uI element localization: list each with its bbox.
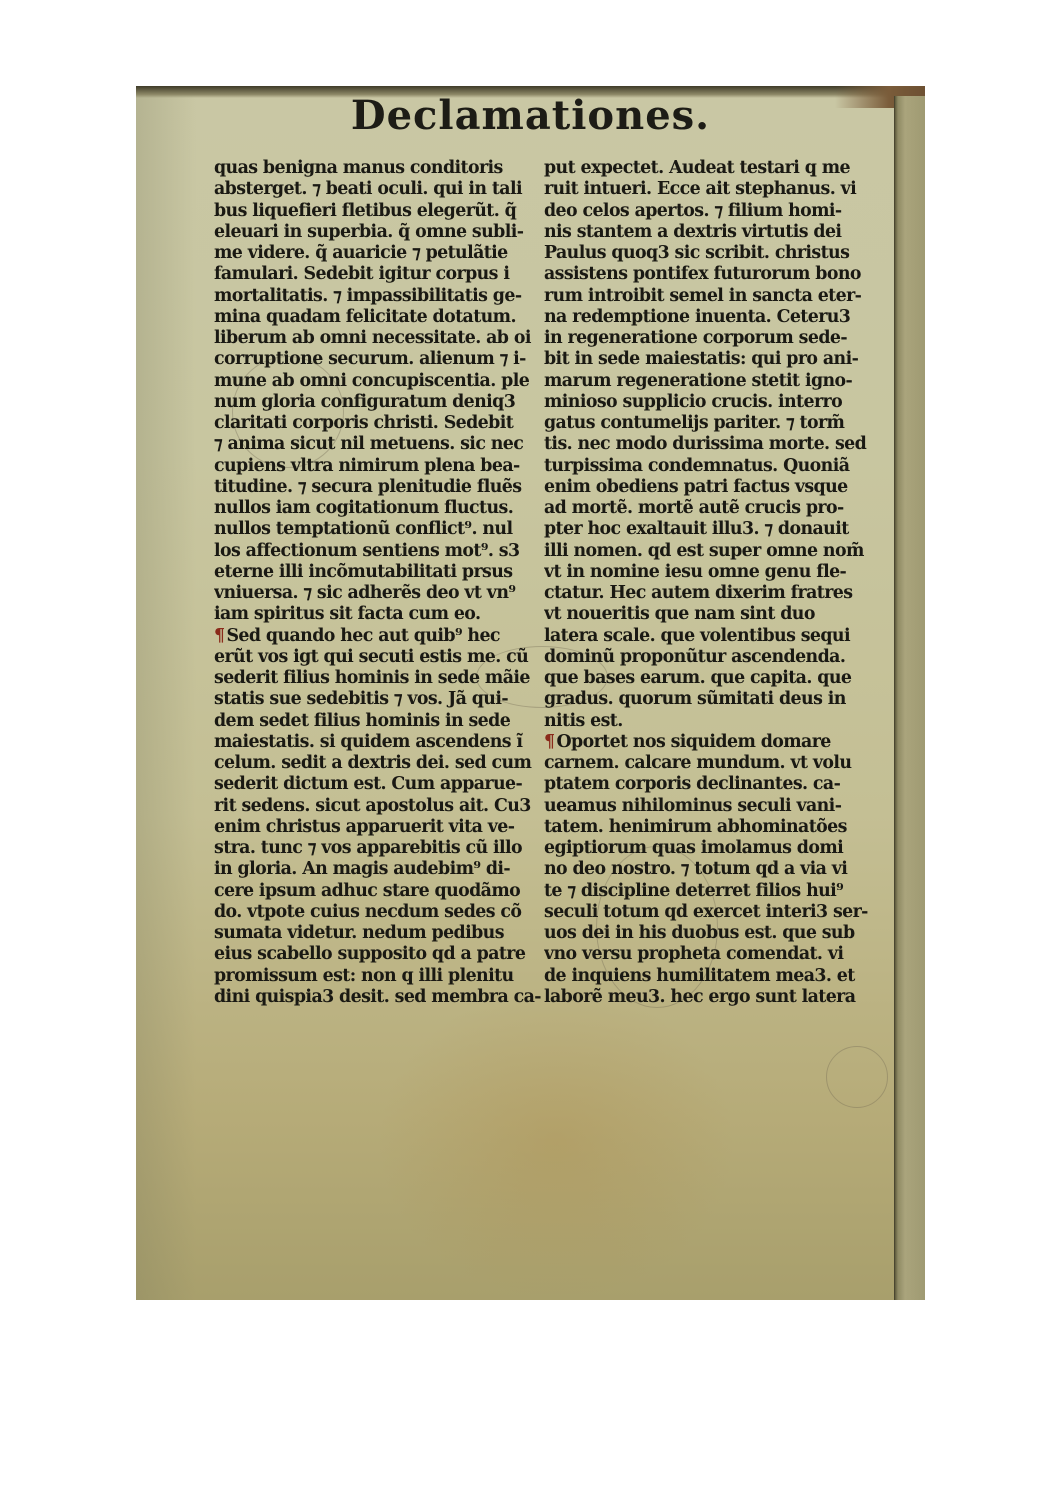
text-line: liberum ab omni necessitate. ab oi bbox=[214, 328, 544, 349]
line-text: mortalitatis. ⁊ impassibilitatis ge- bbox=[214, 286, 521, 306]
line-text: deo celos apertos. ⁊ filium homi- bbox=[544, 201, 842, 221]
page-shadow bbox=[136, 86, 196, 1300]
line-text: rit sedens. sicut apostolus ait. Cu3 bbox=[214, 796, 531, 816]
line-text: tis. nec modo durissima morte. sed bbox=[544, 434, 866, 454]
line-text: dini quispia3 desit. sed membra ca- bbox=[214, 987, 541, 1007]
line-text: erũt vos igt qui secuti estis me. cũ bbox=[214, 647, 528, 667]
text-line: pter hoc exaltauit illu3. ⁊ donauit bbox=[544, 519, 874, 540]
line-text: nullos temptationũ conflict⁹. nul bbox=[214, 519, 512, 539]
text-line: eius scabello supposito qd a patre bbox=[214, 944, 544, 965]
line-text: no deo nostro. ⁊ totum qd a via vi bbox=[544, 859, 847, 879]
line-text: statis sue sedebitis ⁊ vos. Jã qui- bbox=[214, 689, 508, 709]
text-line: ruit intueri. Ecce ait stephanus. vi bbox=[544, 179, 874, 200]
text-column-left: quas benigna manus conditorisabsterget. … bbox=[214, 158, 544, 1008]
line-text: seculi totum qd exercet interi3 ser- bbox=[544, 902, 868, 922]
text-line: bus liquefieri fletibus elegerũt. q̃ bbox=[214, 201, 544, 222]
line-text: vniuersa. ⁊ sic adherẽs deo vt vn⁹ bbox=[214, 583, 515, 603]
text-line: gatus contumelijs pariter. ⁊ torm̃ bbox=[544, 413, 874, 434]
text-line: bit in sede maiestatis: qui pro ani- bbox=[544, 349, 874, 370]
text-line: minioso supplicio crucis. interro bbox=[544, 392, 874, 413]
text-line: turpissima condemnatus. Quoniã bbox=[544, 456, 874, 477]
line-text: Oportet nos siquidem domare bbox=[556, 732, 830, 752]
text-line: vt noueritis que nam sint duo bbox=[544, 604, 874, 625]
line-text: tatem. henimirum abhominatões bbox=[544, 817, 847, 837]
text-line: tis. nec modo durissima morte. sed bbox=[544, 434, 874, 455]
paragraph-mark-icon: ¶ bbox=[214, 626, 224, 646]
text-line: gradus. quorum sũmitati deus in bbox=[544, 689, 874, 710]
line-text: latera scale. que volentibus sequi bbox=[544, 626, 850, 646]
line-text: me videre. q̃ auaricie ⁊ petulãtie bbox=[214, 243, 508, 263]
line-text: cupiens vltra nimirum plena bea- bbox=[214, 456, 520, 476]
line-text: corruptione securum. alienum ⁊ i- bbox=[214, 349, 526, 369]
line-text: ctatur. Hec autem dixerim fratres bbox=[544, 583, 852, 603]
text-line: famulari. Sedebit igitur corpus i bbox=[214, 264, 544, 285]
text-line: iam spiritus sit facta cum eo. bbox=[214, 604, 544, 625]
line-text: illi nomen. qd est super omne nom̃ bbox=[544, 541, 864, 561]
line-text: nis stantem a dextris virtutis dei bbox=[544, 222, 841, 242]
text-line: que bases earum. que capita. que bbox=[544, 668, 874, 689]
text-line: carnem. calcare mundum. vt volu bbox=[544, 753, 874, 774]
text-line: na redemptione inuenta. Ceteru3 bbox=[544, 307, 874, 328]
text-line: cere ipsum adhuc stare quodãmo bbox=[214, 881, 544, 902]
line-text: que bases earum. que capita. que bbox=[544, 668, 851, 688]
text-line: nullos iam cogitationum fluctus. bbox=[214, 498, 544, 519]
scanned-page: Declamationes. quas benigna manus condit… bbox=[136, 86, 925, 1300]
line-text: maiestatis. si quidem ascendens ĩ bbox=[214, 732, 522, 752]
stamp-trace bbox=[826, 1046, 888, 1108]
line-text: do. vtpote cuius necdum sedes cõ bbox=[214, 902, 521, 922]
text-line: ¶Sed quando hec aut quib⁹ hec bbox=[214, 626, 544, 647]
text-line: celum. sedit a dextris dei. sed cum bbox=[214, 753, 544, 774]
text-line: corruptione securum. alienum ⁊ i- bbox=[214, 349, 544, 370]
text-line: ctatur. Hec autem dixerim fratres bbox=[544, 583, 874, 604]
line-text: celum. sedit a dextris dei. sed cum bbox=[214, 753, 531, 773]
text-line: stra. tunc ⁊ vos apparebitis cũ illo bbox=[214, 838, 544, 859]
text-line: sederit dictum est. Cum apparue- bbox=[214, 774, 544, 795]
text-line: eterne illi incõmutabilitati prsus bbox=[214, 562, 544, 583]
text-line: me videre. q̃ auaricie ⁊ petulãtie bbox=[214, 243, 544, 264]
line-text: quas benigna manus conditoris bbox=[214, 158, 503, 178]
line-text: ruit intueri. Ecce ait stephanus. vi bbox=[544, 179, 856, 199]
line-text: bit in sede maiestatis: qui pro ani- bbox=[544, 349, 858, 369]
text-line: illi nomen. qd est super omne nom̃ bbox=[544, 541, 874, 562]
text-line: sumata videtur. nedum pedibus bbox=[214, 923, 544, 944]
line-text: turpissima condemnatus. Quoniã bbox=[544, 456, 849, 476]
text-line: enim obediens patri factus vsque bbox=[544, 477, 874, 498]
text-line: dem sedet filius hominis in sede bbox=[214, 711, 544, 732]
line-text: los affectionum sentiens mot⁹. s3 bbox=[214, 541, 519, 561]
text-line: ¶Oportet nos siquidem domare bbox=[544, 732, 874, 753]
line-text: eius scabello supposito qd a patre bbox=[214, 944, 525, 964]
line-text: ptatem corporis declinantes. ca- bbox=[544, 774, 840, 794]
paragraph-mark-icon: ¶ bbox=[544, 732, 554, 752]
text-line: assistens pontifex futurorum bono bbox=[544, 264, 874, 285]
text-line: absterget. ⁊ beati oculi. qui in tali bbox=[214, 179, 544, 200]
line-text: rum introibit semel in sancta eter- bbox=[544, 286, 861, 306]
line-text: enim obediens patri factus vsque bbox=[544, 477, 848, 497]
line-text: bus liquefieri fletibus elegerũt. q̃ bbox=[214, 201, 516, 221]
text-line: put expectet. Audeat testari q̧ me bbox=[544, 158, 874, 179]
text-line: erũt vos igt qui secuti estis me. cũ bbox=[214, 647, 544, 668]
text-line: eleuari in superbia. q̃ omne subli- bbox=[214, 222, 544, 243]
text-line: mortalitatis. ⁊ impassibilitatis ge- bbox=[214, 286, 544, 307]
text-line: cupiens vltra nimirum plena bea- bbox=[214, 456, 544, 477]
text-line: titudine. ⁊ secura plenitudie fluẽs bbox=[214, 477, 544, 498]
text-line: quas benigna manus conditoris bbox=[214, 158, 544, 179]
page-gutter bbox=[894, 96, 925, 1300]
line-text: ad mortẽ. mortẽ autẽ crucis pro- bbox=[544, 498, 844, 518]
page-stain bbox=[376, 986, 736, 1300]
running-head: Declamationes. bbox=[136, 92, 925, 139]
text-line: uos dei in his duobus est. que sub bbox=[544, 923, 874, 944]
text-line: statis sue sedebitis ⁊ vos. Jã qui- bbox=[214, 689, 544, 710]
text-line: Paulus quoq3 sic scribit. christus bbox=[544, 243, 874, 264]
line-text: mina quadam felicitate dotatum. bbox=[214, 307, 516, 327]
text-line: los affectionum sentiens mot⁹. s3 bbox=[214, 541, 544, 562]
text-line: maiestatis. si quidem ascendens ĩ bbox=[214, 732, 544, 753]
line-text: dominũ proponũtur ascendenda. bbox=[544, 647, 845, 667]
line-text: vt in nomine iesu omne genu fle- bbox=[544, 562, 846, 582]
line-text: enim christus apparuerit vita ve- bbox=[214, 817, 514, 837]
line-text: stra. tunc ⁊ vos apparebitis cũ illo bbox=[214, 838, 522, 858]
line-text: put expectet. Audeat testari q̧ me bbox=[544, 158, 850, 178]
text-column-right: put expectet. Audeat testari q̧ meruit i… bbox=[544, 158, 874, 1008]
line-text: in gloria. An magis audebim⁹ di- bbox=[214, 859, 510, 879]
text-line: vt in nomine iesu omne genu fle- bbox=[544, 562, 874, 583]
line-text: gradus. quorum sũmitati deus in bbox=[544, 689, 846, 709]
text-line: nullos temptationũ conflict⁹. nul bbox=[214, 519, 544, 540]
text-line: no deo nostro. ⁊ totum qd a via vi bbox=[544, 859, 874, 880]
line-text: nullos iam cogitationum fluctus. bbox=[214, 498, 513, 518]
text-line: ptatem corporis declinantes. ca- bbox=[544, 774, 874, 795]
text-line: te ⁊ discipline deterret filios hui⁹ bbox=[544, 881, 874, 902]
line-text: Sed quando hec aut quib⁹ hec bbox=[226, 626, 499, 646]
text-line: ad mortẽ. mortẽ autẽ crucis pro- bbox=[544, 498, 874, 519]
line-text: in regeneratione corporum sede- bbox=[544, 328, 847, 348]
line-text: gatus contumelijs pariter. ⁊ torm̃ bbox=[544, 413, 844, 433]
text-line: ⁊ anima sicut nil metuens. sic nec bbox=[214, 434, 544, 455]
text-line: vno versu propheta comendat. vi bbox=[544, 944, 874, 965]
text-line: deo celos apertos. ⁊ filium homi- bbox=[544, 201, 874, 222]
text-line: rit sedens. sicut apostolus ait. Cu3 bbox=[214, 796, 544, 817]
text-line: laborẽ meu3. hec ergo sunt latera bbox=[544, 987, 874, 1008]
line-text: assistens pontifex futurorum bono bbox=[544, 264, 861, 284]
line-text: te ⁊ discipline deterret filios hui⁹ bbox=[544, 881, 843, 901]
text-line: do. vtpote cuius necdum sedes cõ bbox=[214, 902, 544, 923]
line-text: eterne illi incõmutabilitati prsus bbox=[214, 562, 512, 582]
line-text: famulari. Sedebit igitur corpus i bbox=[214, 264, 509, 284]
text-line: ueamus nihilominus seculi vani- bbox=[544, 796, 874, 817]
text-line: rum introibit semel in sancta eter- bbox=[544, 286, 874, 307]
text-line: in regeneratione corporum sede- bbox=[544, 328, 874, 349]
line-text: sumata videtur. nedum pedibus bbox=[214, 923, 504, 943]
line-text: titudine. ⁊ secura plenitudie fluẽs bbox=[214, 477, 521, 497]
line-text: nitis est. bbox=[544, 711, 623, 731]
text-line: mune ab omni concupiscentia. ple bbox=[214, 371, 544, 392]
line-text: cere ipsum adhuc stare quodãmo bbox=[214, 881, 520, 901]
line-text: de inquiens humilitatem mea3. et bbox=[544, 966, 855, 986]
line-text: minioso supplicio crucis. interro bbox=[544, 392, 842, 412]
text-line: marum regeneratione stetit igno- bbox=[544, 371, 874, 392]
line-text: dem sedet filius hominis in sede bbox=[214, 711, 510, 731]
line-text: eleuari in superbia. q̃ omne subli- bbox=[214, 222, 523, 242]
line-text: ueamus nihilominus seculi vani- bbox=[544, 796, 841, 816]
text-line: de inquiens humilitatem mea3. et bbox=[544, 966, 874, 987]
line-text: pter hoc exaltauit illu3. ⁊ donauit bbox=[544, 519, 849, 539]
line-text: vno versu propheta comendat. vi bbox=[544, 944, 843, 964]
text-line: dini quispia3 desit. sed membra ca- bbox=[214, 987, 544, 1008]
line-text: carnem. calcare mundum. vt volu bbox=[544, 753, 851, 773]
text-line: vniuersa. ⁊ sic adherẽs deo vt vn⁹ bbox=[214, 583, 544, 604]
text-line: latera scale. que volentibus sequi bbox=[544, 626, 874, 647]
line-text: sederit dictum est. Cum apparue- bbox=[214, 774, 522, 794]
text-line: enim christus apparuerit vita ve- bbox=[214, 817, 544, 838]
line-text: egiptiorum quas imolamus domi bbox=[544, 838, 843, 858]
line-text: vt noueritis que nam sint duo bbox=[544, 604, 815, 624]
line-text: num gloria configuratum deniq3 bbox=[214, 392, 515, 412]
line-text: claritati corporis christi. Sedebit bbox=[214, 413, 513, 433]
line-text: mune ab omni concupiscentia. ple bbox=[214, 371, 529, 391]
line-text: Paulus quoq3 sic scribit. christus bbox=[544, 243, 849, 263]
line-text: liberum ab omni necessitate. ab oi bbox=[214, 328, 531, 348]
text-line: promissum est: non q̧ illi plenitu bbox=[214, 966, 544, 987]
line-text: na redemptione inuenta. Ceteru3 bbox=[544, 307, 850, 327]
text-line: nis stantem a dextris virtutis dei bbox=[544, 222, 874, 243]
line-text: marum regeneratione stetit igno- bbox=[544, 371, 852, 391]
text-line: nitis est. bbox=[544, 711, 874, 732]
text-line: dominũ proponũtur ascendenda. bbox=[544, 647, 874, 668]
line-text: sederit filius hominis in sede mãie bbox=[214, 668, 530, 688]
line-text: iam spiritus sit facta cum eo. bbox=[214, 604, 480, 624]
text-line: num gloria configuratum deniq3 bbox=[214, 392, 544, 413]
line-text: ⁊ anima sicut nil metuens. sic nec bbox=[214, 434, 523, 454]
text-line: mina quadam felicitate dotatum. bbox=[214, 307, 544, 328]
line-text: uos dei in his duobus est. que sub bbox=[544, 923, 855, 943]
line-text: absterget. ⁊ beati oculi. qui in tali bbox=[214, 179, 522, 199]
text-line: egiptiorum quas imolamus domi bbox=[544, 838, 874, 859]
line-text: laborẽ meu3. hec ergo sunt latera bbox=[544, 987, 855, 1007]
text-line: sederit filius hominis in sede mãie bbox=[214, 668, 544, 689]
text-line: claritati corporis christi. Sedebit bbox=[214, 413, 544, 434]
text-line: in gloria. An magis audebim⁹ di- bbox=[214, 859, 544, 880]
line-text: promissum est: non q̧ illi plenitu bbox=[214, 966, 514, 986]
text-line: tatem. henimirum abhominatões bbox=[544, 817, 874, 838]
text-line: seculi totum qd exercet interi3 ser- bbox=[544, 902, 874, 923]
